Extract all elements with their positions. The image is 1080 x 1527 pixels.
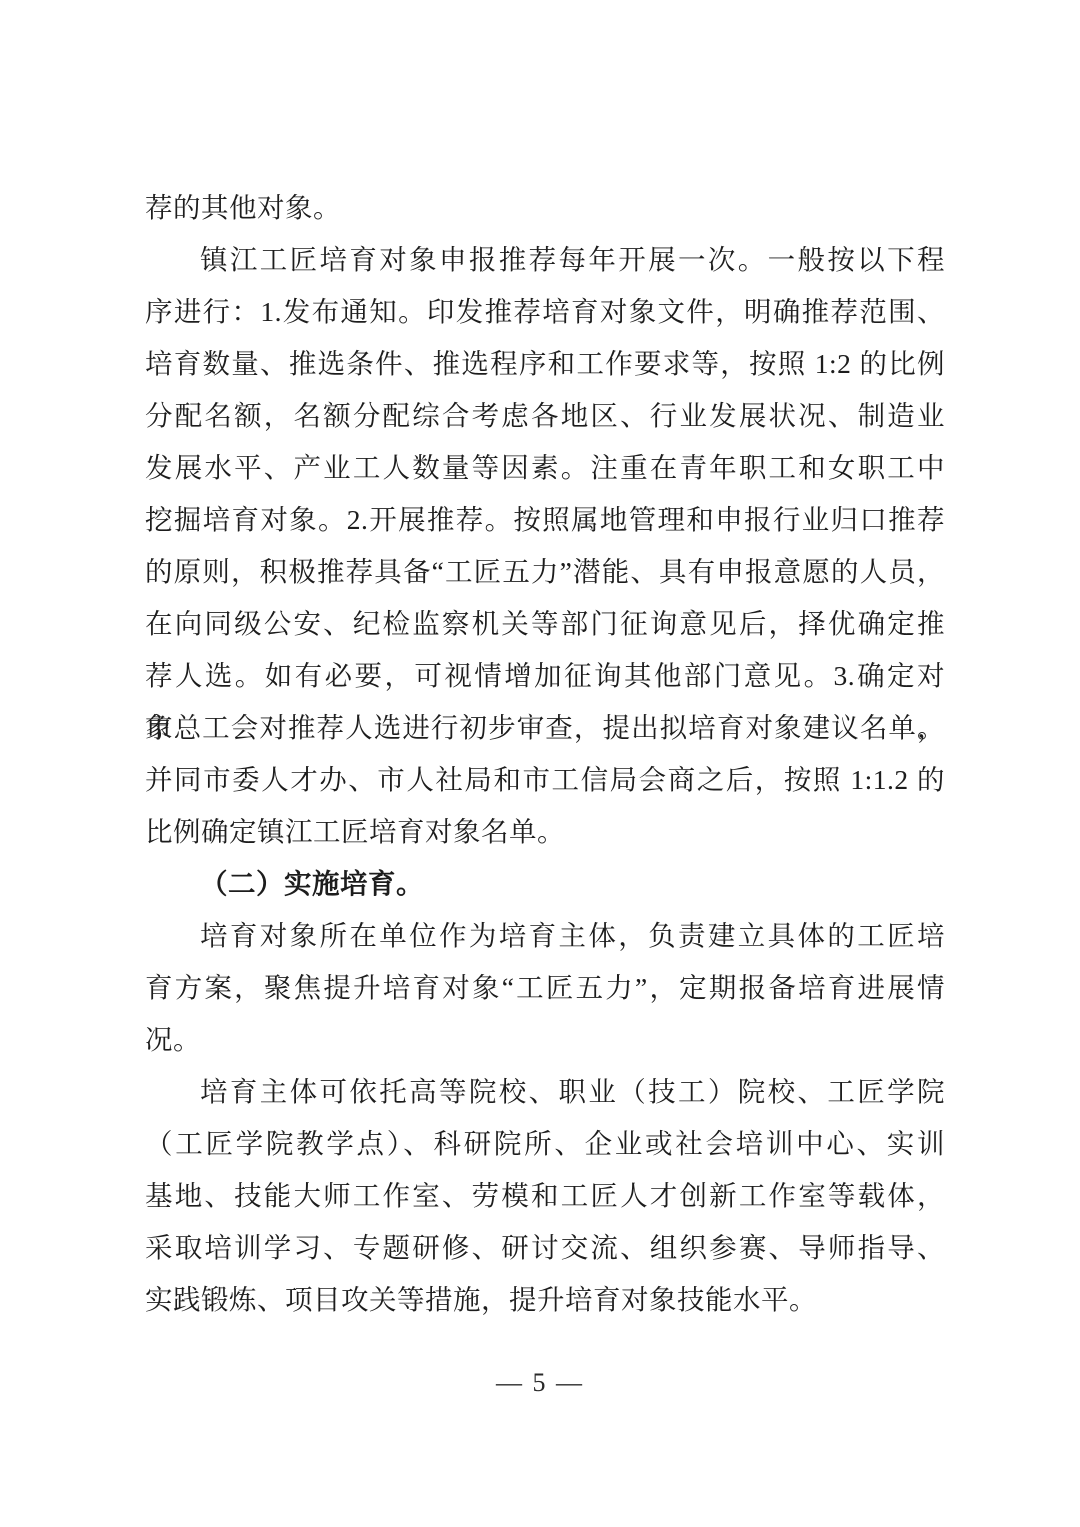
text-line: 况。 — [145, 1014, 945, 1066]
text-line: 比例确定镇江工匠培育对象名单。 — [145, 806, 945, 858]
text-line: 实践锻炼、项目攻关等措施，提升培育对象技能水平。 — [145, 1274, 945, 1326]
text-line: 采取培训学习、专题研修、研讨交流、组织参赛、导师指导、 — [145, 1222, 945, 1274]
text-line: （工匠学院教学点）、科研院所、企业或社会培训中心、实训 — [145, 1118, 945, 1170]
document-page: 荐的其他对象。镇江工匠培育对象申报推荐每年开展一次。一般按以下程序进行：1.发布… — [0, 0, 1080, 1527]
text-line: 在向同级公安、纪检监察机关等部门征询意见后，择优确定推 — [145, 598, 945, 650]
text-line: 挖掘培育对象。2.开展推荐。按照属地管理和申报行业归口推荐 — [145, 494, 945, 546]
text-line: 的原则，积极推荐具备“工匠五力”潜能、具有申报意愿的人员， — [145, 546, 945, 598]
text-line: 分配名额，名额分配综合考虑各地区、行业发展状况、制造业 — [145, 390, 945, 442]
text-line: 荐人选。如有必要，可视情增加征询其他部门意见。3.确定对象。 — [145, 650, 945, 702]
page-number: — 5 — — [0, 1368, 1080, 1398]
text-line: 培育主体可依托高等院校、职业（技工）院校、工匠学院 — [145, 1066, 945, 1118]
text-line: 培育数量、推选条件、推选程序和工作要求等，按照 1:2 的比例 — [145, 338, 945, 390]
text-line: （二）实施培育。 — [145, 858, 945, 910]
document-lines: 荐的其他对象。镇江工匠培育对象申报推荐每年开展一次。一般按以下程序进行：1.发布… — [145, 182, 945, 1326]
text-line: 市总工会对推荐人选进行初步审查，提出拟培育对象建议名单， — [145, 702, 945, 754]
text-line: 发展水平、产业工人数量等因素。注重在青年职工和女职工中 — [145, 442, 945, 494]
text-line: 并同市委人才办、市人社局和市工信局会商之后，按照 1:1.2 的 — [145, 754, 945, 806]
text-line: 荐的其他对象。 — [145, 182, 945, 234]
text-line: 序进行：1.发布通知。印发推荐培育对象文件，明确推荐范围、 — [145, 286, 945, 338]
text-line: 镇江工匠培育对象申报推荐每年开展一次。一般按以下程 — [145, 234, 945, 286]
text-line: 培育对象所在单位作为培育主体，负责建立具体的工匠培 — [145, 910, 945, 962]
text-line: 育方案，聚焦提升培育对象“工匠五力”，定期报备培育进展情 — [145, 962, 945, 1014]
text-line: 基地、技能大师工作室、劳模和工匠人才创新工作室等载体， — [145, 1170, 945, 1222]
